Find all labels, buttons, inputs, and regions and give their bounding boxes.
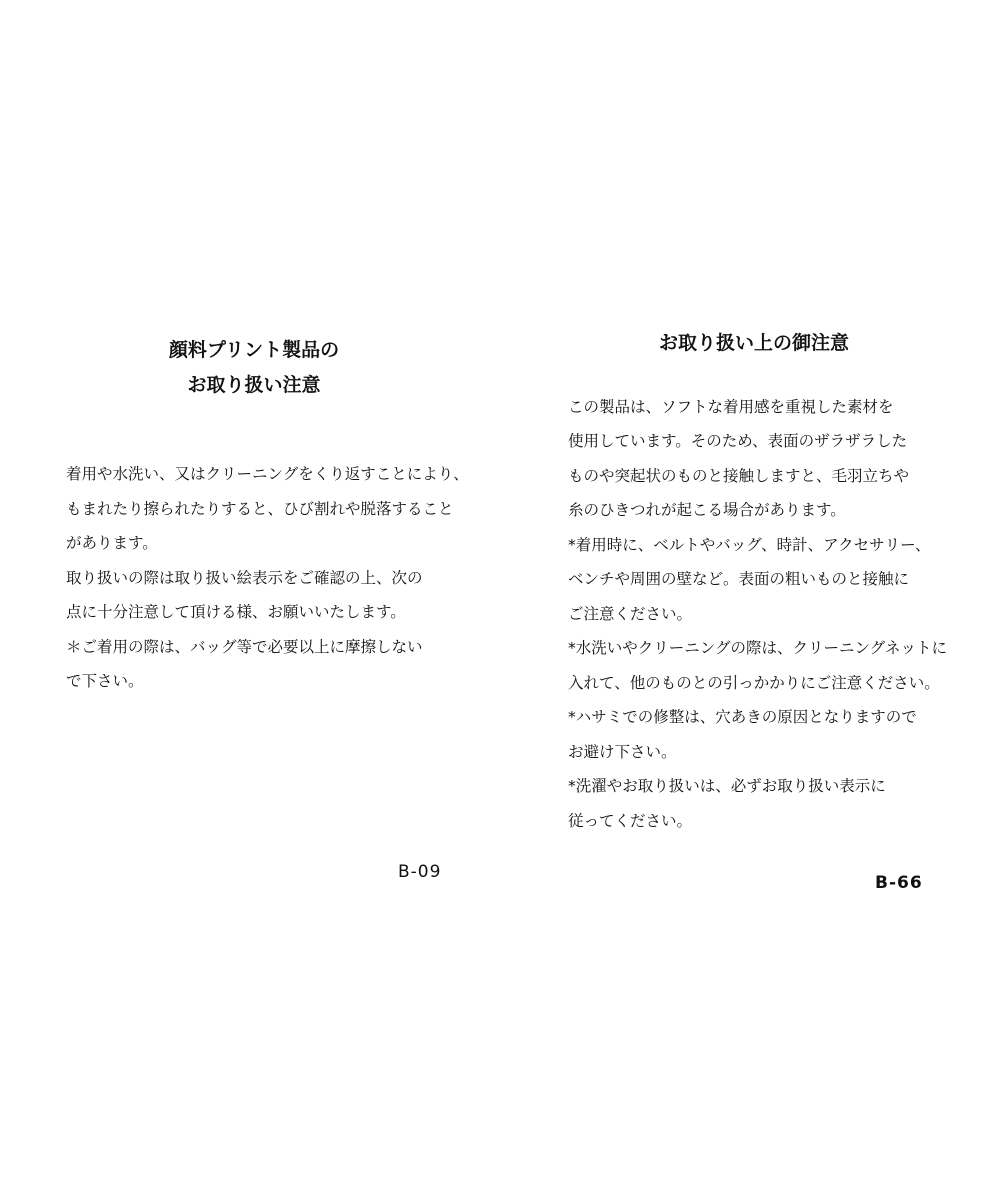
- handling-precautions-notice: お取り扱い上の御注意 この製品は、ソフトな着用感を重視した素材を 使用しています…: [568, 325, 958, 838]
- left-body-line: もまれたり擦られたりすると、ひび割れや脱落すること: [66, 492, 466, 527]
- left-title-line: 顔料プリント製品の: [66, 332, 442, 367]
- left-code-label: B-09: [398, 862, 441, 882]
- right-body-line: この製品は、ソフトな着用感を重視した素材を: [568, 390, 958, 425]
- right-body-line: ものや突起状のものと接触しますと、毛羽立ちや: [568, 459, 958, 494]
- left-body-line: 取り扱いの際は取り扱い絵表示をご確認の上、次の: [66, 561, 466, 596]
- right-body-line: 使用しています。そのため、表面のザラザラした: [568, 424, 958, 459]
- right-body-line: お避け下さい。: [568, 735, 958, 770]
- left-body-line: ＊ご着用の際は、バッグ等で必要以上に摩擦しない: [66, 630, 466, 665]
- right-code-label: B-66: [875, 873, 923, 893]
- left-title-line: お取り扱い注意: [66, 367, 442, 402]
- left-title: 顔料プリント製品の お取り扱い注意: [66, 332, 442, 401]
- left-body: 着用や水洗い、又はクリーニングをくり返すことにより、 もまれたり擦られたりすると…: [66, 457, 466, 699]
- right-body-line: *ハサミでの修整は、穴あきの原因となりますので: [568, 700, 958, 735]
- right-title: お取り扱い上の御注意: [568, 325, 940, 360]
- right-body-line: 従ってください。: [568, 804, 958, 839]
- right-title-line: お取り扱い上の御注意: [568, 325, 940, 360]
- right-body-line: *着用時に、ベルトやバッグ、時計、アクセサリー、: [568, 528, 958, 563]
- left-body-line: があります。: [66, 526, 466, 561]
- right-body-line: ご注意ください。: [568, 597, 958, 632]
- right-body-line: ベンチや周囲の壁など。表面の粗いものと接触に: [568, 562, 958, 597]
- left-body-line: で下さい。: [66, 664, 466, 699]
- right-body-line: *洗濯やお取り扱いは、必ずお取り扱い表示に: [568, 769, 958, 804]
- left-body-line: 点に十分注意して頂ける様、お願いいたします。: [66, 595, 466, 630]
- right-body-line: 入れて、他のものとの引っかかりにご注意ください。: [568, 666, 958, 701]
- right-body-line: 糸のひきつれが起こる場合があります。: [568, 493, 958, 528]
- pigment-print-care-notice: 顔料プリント製品の お取り扱い注意 着用や水洗い、又はクリーニングをくり返すこと…: [66, 332, 466, 699]
- right-body-line: *水洗いやクリーニングの際は、クリーニングネットに: [568, 631, 958, 666]
- left-body-line: 着用や水洗い、又はクリーニングをくり返すことにより、: [66, 457, 466, 492]
- right-body: この製品は、ソフトな着用感を重視した素材を 使用しています。そのため、表面のザラ…: [568, 390, 958, 839]
